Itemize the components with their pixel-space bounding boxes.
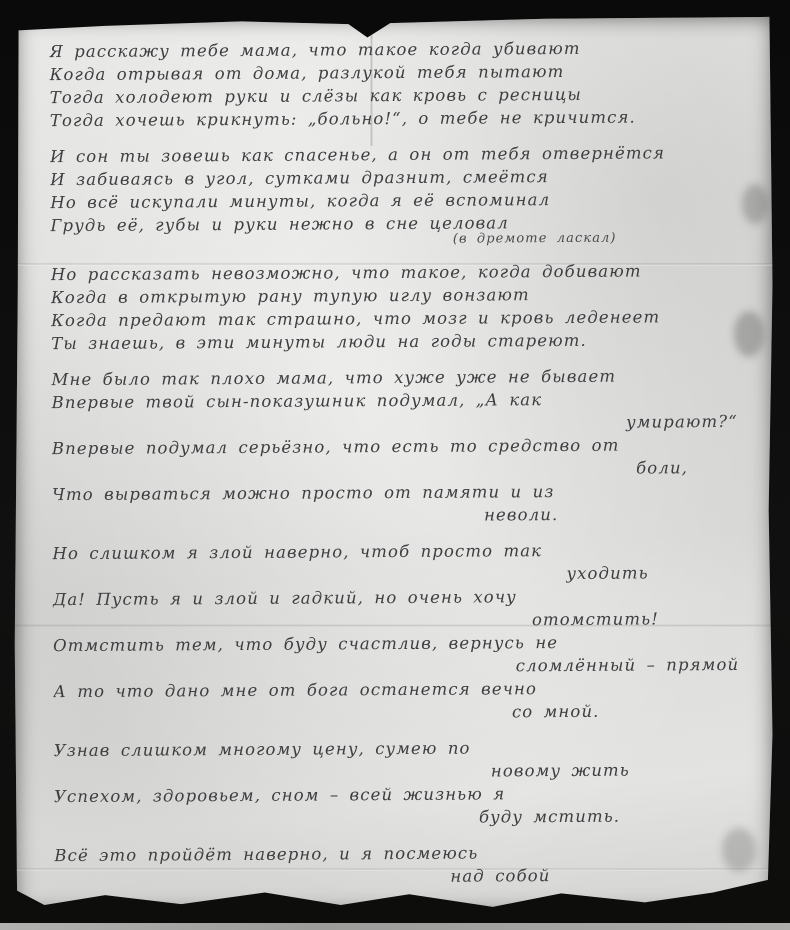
letter-paper: Я расскажу тебе мама, что такое когда уб…: [14, 16, 774, 914]
handwriting-line-continuation: над собой: [54, 863, 750, 890]
handwriting-line: Тогда хочешь крикнуть: „больно!“, о тебе…: [50, 105, 746, 132]
scan-edge-strip: [0, 923, 790, 930]
handwriting-line-continuation: неволи.: [52, 502, 748, 529]
stanza-1: Я расскажу тебе мама, что такое когда уб…: [49, 36, 746, 132]
stanza-7: Всё это пройдёт наверно, и я посмеюсь на…: [54, 840, 750, 890]
handwriting-line: Ты знаешь, в эти минуты люди на годы ста…: [51, 328, 747, 355]
handwriting-line-continuation: сломлённый – прямой: [53, 653, 749, 680]
letter-text: Я расскажу тебе мама, что такое когда уб…: [49, 36, 750, 903]
handwriting-line-continuation: отомстить!: [53, 607, 749, 634]
stanza-6: Узнав слишком многому цену, сумею по нов…: [54, 735, 751, 831]
handwriting-line-continuation: уходить: [53, 561, 749, 588]
stanza-3: Но рассказать невозможно, что такое, ког…: [51, 259, 748, 355]
handwriting-line-continuation: умирают?“: [52, 410, 748, 437]
handwriting-line-continuation: боли,: [52, 456, 748, 483]
stanza-2: И сон ты зовешь как спасенье, а он от те…: [50, 141, 747, 250]
handwriting-line-continuation: буду мстить.: [54, 804, 750, 831]
stanza-4: Мне было так плохо мама, что хуже уже не…: [51, 364, 748, 529]
handwriting-line-continuation: со мной.: [53, 699, 749, 726]
handwriting-line: И сон ты зовешь как спасенье, а он от те…: [50, 141, 746, 168]
scan-background: Я расскажу тебе мама, что такое когда уб…: [0, 0, 790, 930]
handwriting-line: Когда предают так страшно, что мозг и кр…: [51, 305, 747, 332]
stanza-5: Но слишком я злой наверно, чтоб просто т…: [52, 538, 749, 726]
